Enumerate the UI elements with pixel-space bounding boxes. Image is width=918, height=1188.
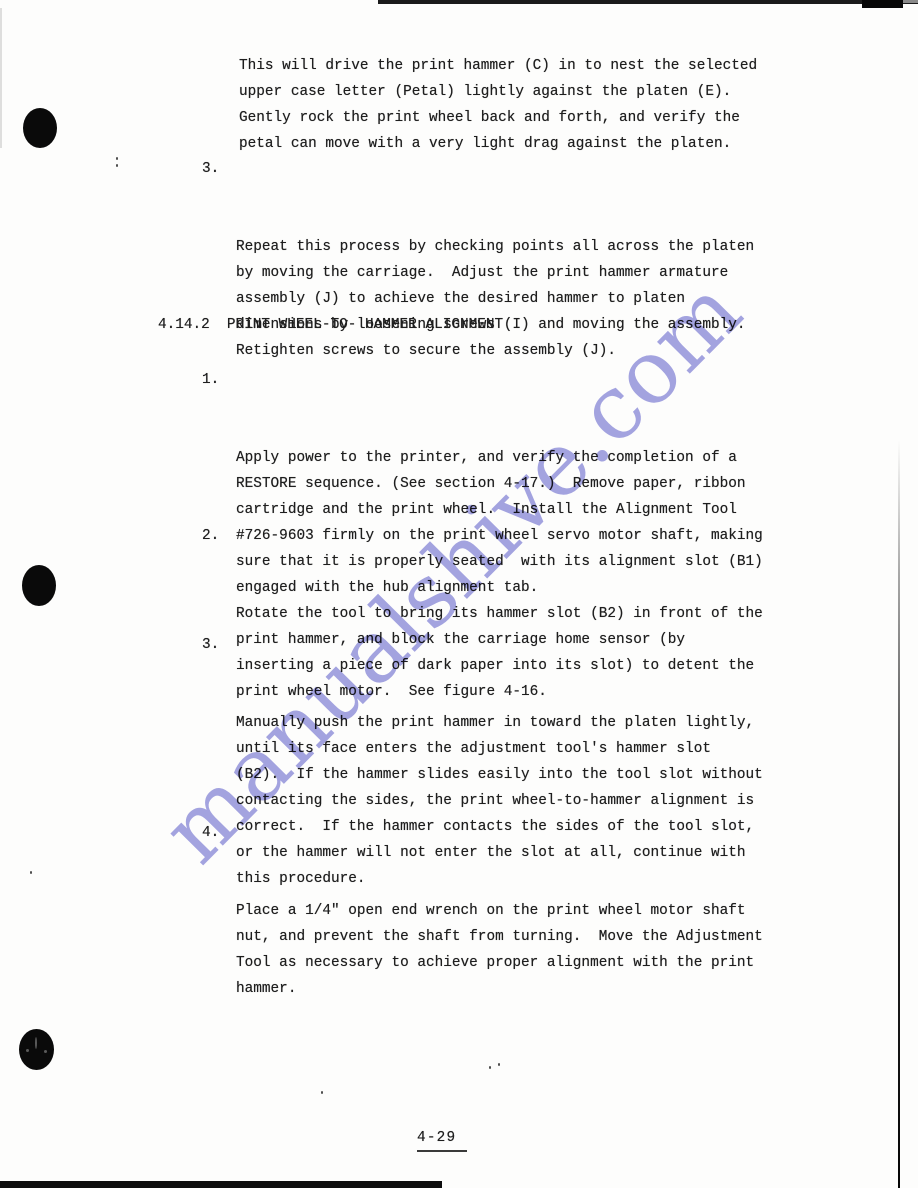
continuation-paragraph: This will drive the print hammer (C) in …: [239, 53, 757, 157]
scan-speck: [321, 1091, 323, 1094]
scan-artifact-left-edge: [0, 8, 2, 148]
scan-artifact-right-edge-line: [898, 440, 900, 1188]
scan-speck: [116, 157, 118, 160]
procedure-item-4: 4. Place a 1/4" open end wrench on the p…: [236, 820, 763, 1054]
list-item-number: 4.: [202, 820, 219, 846]
scan-artifact-bottom-edge: [0, 1181, 442, 1188]
punch-hole-top: [23, 108, 57, 148]
scan-artifact-top-right-tail: [903, 0, 918, 3]
scan-speck: [489, 1066, 491, 1069]
list-item-number: 2.: [202, 523, 219, 549]
punch-hole-scratch: [26, 1049, 29, 1052]
scan-speck: [30, 871, 32, 874]
list-item-number: 1.: [202, 367, 219, 393]
punch-hole-scratch: [44, 1050, 47, 1053]
page-number: 4-29: [417, 1125, 456, 1151]
section-heading: 4.14.2 PRINT WHEEL-TO- HAMMER ALIGNMENT: [158, 312, 503, 338]
list-item-number: 3.: [202, 156, 219, 182]
scan-artifact-top-right-cap: [862, 0, 903, 8]
punch-hole-bottom: [19, 1029, 54, 1070]
section-heading-title: PRINT WHEEL-TO- HAMMER ALIGNMENT: [227, 312, 503, 338]
punch-hole-middle: [22, 565, 56, 606]
scan-speck: [116, 164, 118, 167]
scan-artifact-top-edge: [378, 0, 918, 4]
punch-hole-scratch: [35, 1037, 37, 1049]
scan-speck: [498, 1063, 500, 1066]
list-item-text: Place a 1/4" open end wrench on the prin…: [236, 898, 763, 1002]
section-heading-number: 4.14.2: [158, 312, 210, 338]
list-item-text: Repeat this process by checking points a…: [236, 234, 754, 364]
scanned-manual-page: This will drive the print hammer (C) in …: [0, 0, 918, 1188]
list-item-number: 3.: [202, 632, 219, 658]
